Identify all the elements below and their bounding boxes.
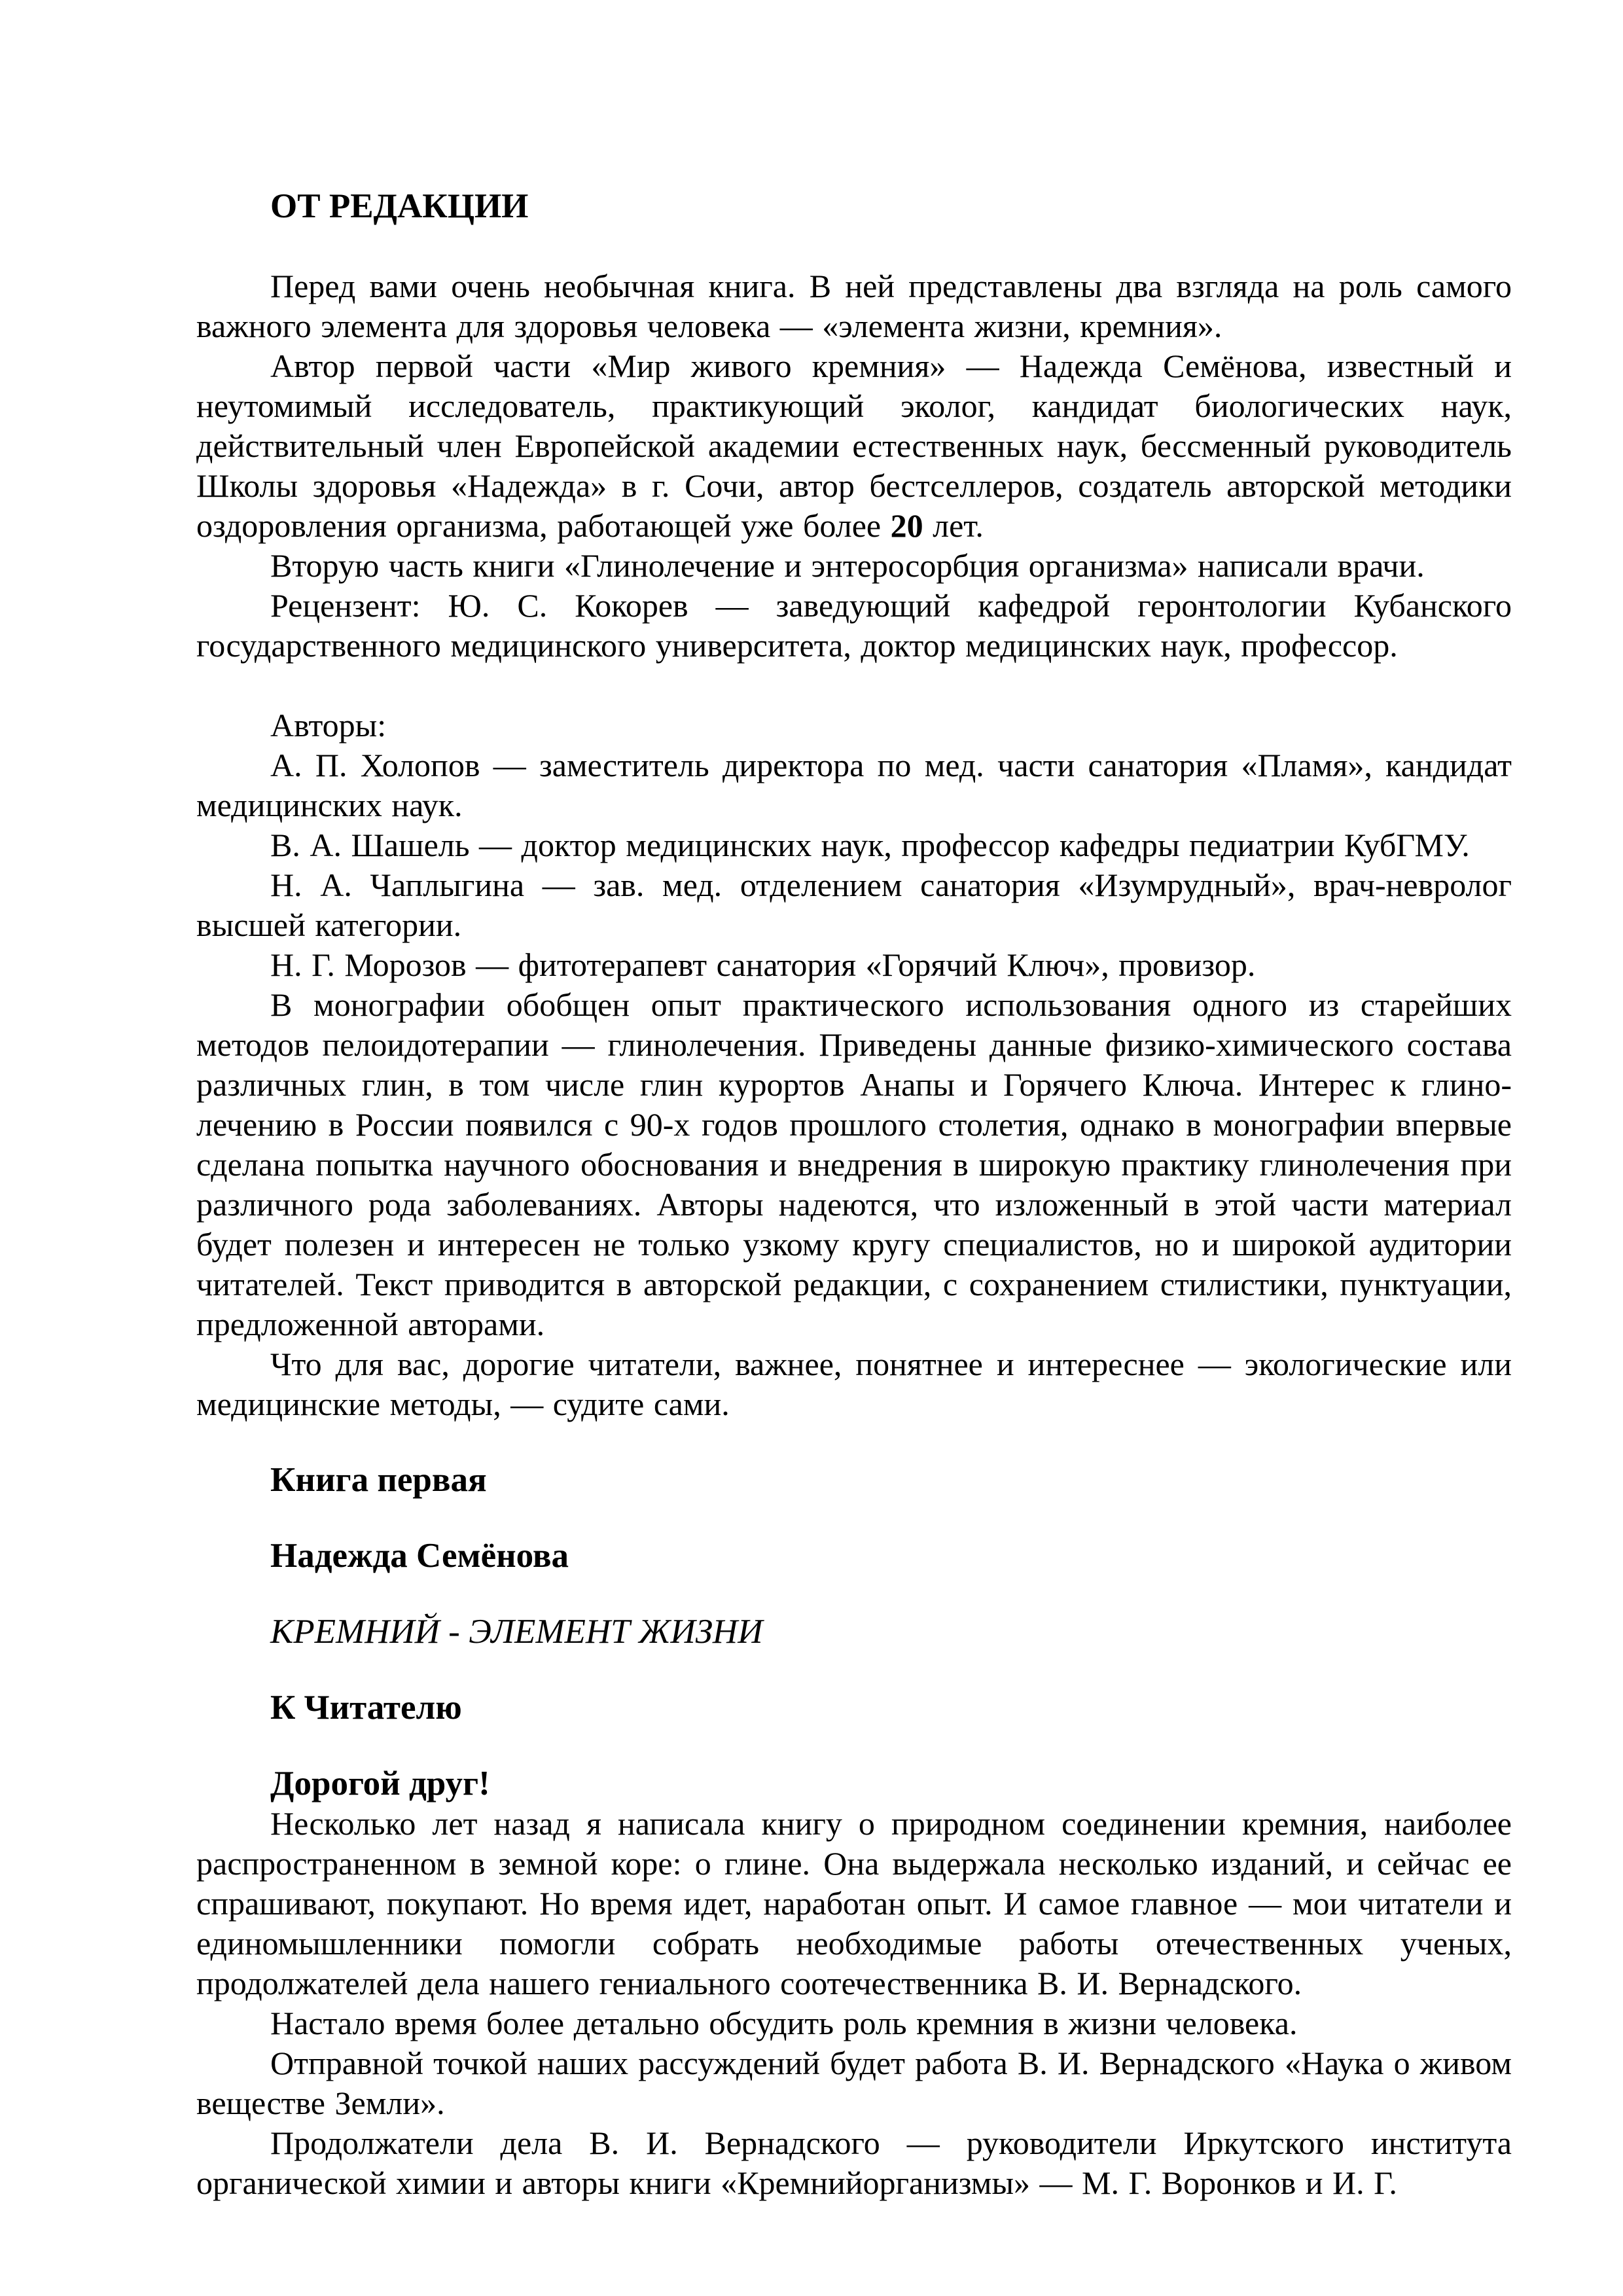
paragraph-monograph: В монографии обобщен опыт практического … bbox=[196, 985, 1512, 1344]
paragraph-first-book-author-run-1: Автор первой части «Мир живого кремния» … bbox=[196, 348, 1512, 544]
paragraph-second-book: Вторую часть книги «Глинолечение и энтер… bbox=[196, 546, 1512, 586]
paragraph-judge-yourself: Что для вас, дорогие читатели, важнее, п… bbox=[196, 1344, 1512, 1424]
author-kholopov: А. П. Холопов — заместитель директора по… bbox=[196, 745, 1512, 825]
paragraph-first-book-author: Автор первой части «Мир живого кремния» … bbox=[196, 346, 1512, 546]
paragraph-time-has-come: Настало время более детально обсудить ро… bbox=[196, 2003, 1512, 2043]
paragraph-continuers: Продолжатели дела В. И. Вернадского — ру… bbox=[196, 2123, 1512, 2203]
heading-book-author: Надежда Семёнова bbox=[196, 1536, 1512, 1576]
heading-book-one: Книга первая bbox=[196, 1460, 1512, 1500]
section-title: ОТ РЕДАКЦИИ bbox=[196, 187, 1512, 226]
paragraph-several-years: Несколько лет назад я написала книгу о п… bbox=[196, 1804, 1512, 2003]
author-shashel: В. А. Шашель — доктор медицинских наук, … bbox=[196, 825, 1512, 865]
document-page: ОТ РЕДАКЦИИ Перед вами очень необычная к… bbox=[0, 0, 1623, 2296]
heading-dear-friend: Дорогой друг! bbox=[196, 1764, 1512, 1804]
paragraph-starting-point: Отправной точкой наших рассуждений будет… bbox=[196, 2043, 1512, 2123]
paragraph-first-book-author-run-2: лет. bbox=[923, 507, 984, 544]
page-content: ОТ РЕДАКЦИИ Перед вами очень необычная к… bbox=[196, 187, 1512, 2203]
heading-to-reader: К Читателю bbox=[196, 1688, 1512, 1728]
paragraph-intro: Перед вами очень необычная книга. В ней … bbox=[196, 266, 1512, 346]
authors-label: Авторы: bbox=[196, 706, 1512, 745]
heading-book-title: КРЕМНИЙ - ЭЛЕМЕНТ ЖИЗНИ bbox=[196, 1612, 1512, 1652]
paragraph-reviewer: Рецензент: Ю. С. Кокорев — заведующий ка… bbox=[196, 586, 1512, 666]
author-chaplygina: Н. А. Чаплыгина — зав. мед. отделением с… bbox=[196, 865, 1512, 945]
bold-number-20: 20 bbox=[891, 507, 923, 544]
author-morozov: Н. Г. Морозов — фитотерапевт санатория «… bbox=[196, 945, 1512, 985]
